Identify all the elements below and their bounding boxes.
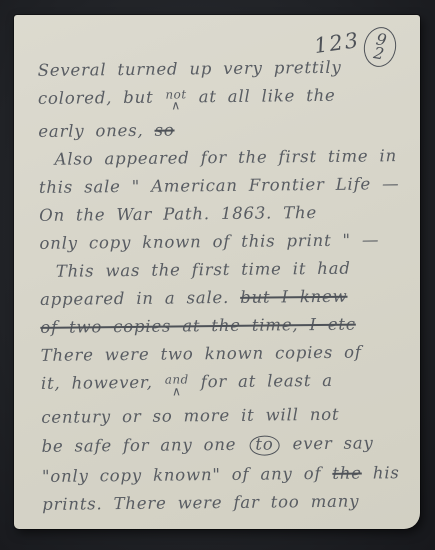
text-segment-normal: "only copy known" of any of	[42, 464, 322, 486]
manuscript-line: colored, but not∧ at all like the	[38, 87, 404, 113]
text-segment-normal: There were two known copies of	[41, 343, 362, 365]
text-segment-circled: to	[249, 435, 279, 455]
text-segment-normal: appeared in a sale.	[40, 288, 229, 309]
text-segment-strike: the	[332, 464, 362, 483]
manuscript-line: only copy known of this print " —	[39, 233, 405, 253]
text-segment-normal: Also appeared for the first time in	[55, 147, 398, 170]
manuscript-line: early ones, so	[38, 121, 404, 141]
manuscript-line: prints. There were far too many	[42, 493, 408, 513]
text-segment-insert: not∧	[165, 90, 186, 107]
manuscript-line: appeared in a sale. but I knew	[40, 289, 406, 309]
text-segment-normal: his	[373, 463, 400, 482]
caret-mark: ∧	[171, 102, 181, 111]
text-segment-normal: early ones,	[38, 121, 143, 141]
manuscript-line: Also appeared for the first time in	[39, 149, 405, 169]
manuscript-line: There were two known copies of	[41, 345, 407, 365]
text-segment-normal: This was the first time it had	[56, 259, 351, 281]
manuscript-line: this sale " American Frontier Life —	[39, 177, 405, 197]
text-segment-normal: be safe for any one	[42, 435, 237, 456]
text-segment-normal: it, however,	[41, 373, 153, 393]
text-segment-normal: century or so more it will not	[41, 405, 339, 427]
manuscript-line: century or so more it will not	[41, 406, 407, 426]
caret-mark: ∧	[172, 387, 182, 396]
text-segment-strike: so	[154, 121, 174, 140]
text-segment-normal: at all like the	[199, 86, 336, 106]
text-segment-normal: this sale " American Frontier Life —	[39, 175, 400, 198]
manuscript-line: On the War Path. 1863. The	[39, 205, 405, 225]
inserted-word: and	[165, 376, 189, 385]
text-segment-normal: only copy known of this print " —	[39, 231, 379, 254]
text-segment-normal: colored, but	[38, 88, 154, 108]
text-segment-strike: but I knew	[240, 287, 348, 307]
page-number: 123	[312, 28, 361, 58]
text-segment-strike: of two copies at the time, I etc	[40, 315, 356, 337]
text-segment-normal: On the War Path. 1863. The	[39, 203, 317, 225]
text-segment-normal: ever say	[292, 433, 373, 453]
manuscript-body: Several turned up very prettilycolored, …	[38, 59, 409, 525]
manuscript-line: be safe for any one to ever say	[42, 434, 408, 458]
manuscript-line: Several turned up very prettily	[38, 59, 404, 79]
inserted-word: not	[165, 90, 186, 99]
manuscript-line: "only copy known" of any of the his	[42, 465, 408, 485]
manuscript-line: This was the first time it had	[40, 261, 406, 281]
photo-background: { "page": { "background_color": "#202226…	[0, 0, 435, 550]
text-segment-normal: prints. There were far too many	[42, 492, 359, 514]
manuscript-page: 123 9 2 Several turned up very prettilyc…	[14, 15, 420, 529]
text-segment-insert: and∧	[165, 376, 189, 393]
manuscript-line: it, however, and∧ for at least a	[41, 373, 407, 399]
manuscript-line: of two copies at the time, I etc	[40, 317, 406, 337]
text-segment-normal: for at least a	[201, 371, 333, 391]
text-segment-normal: Several turned up very prettily	[38, 58, 342, 80]
